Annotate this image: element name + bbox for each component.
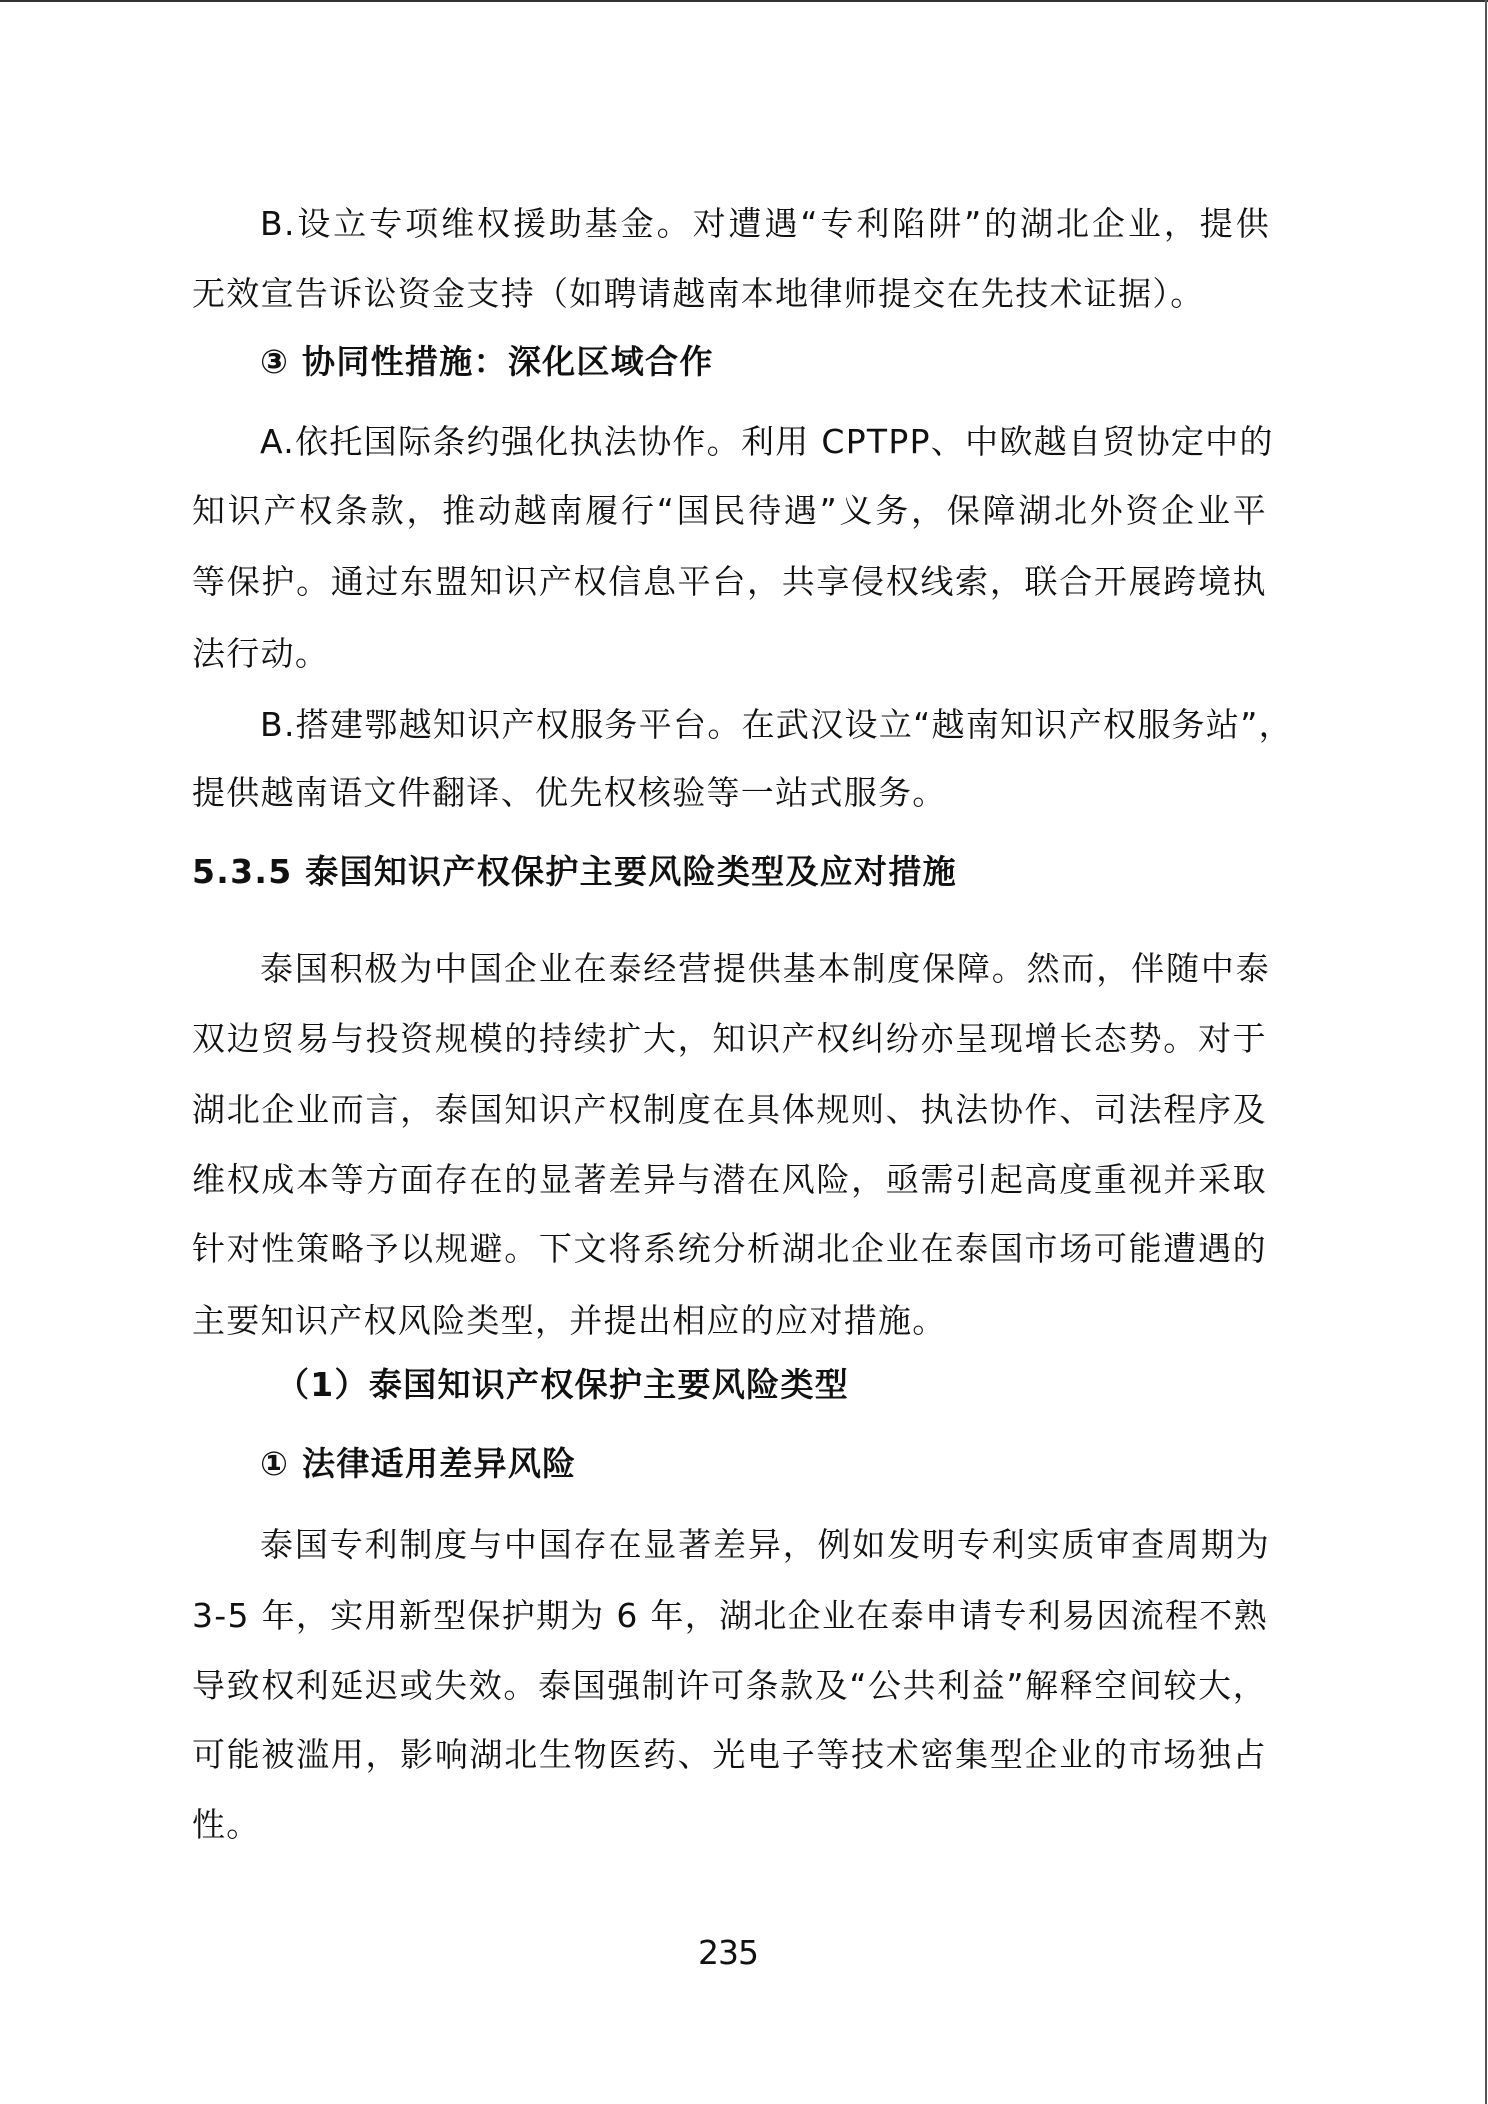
- section-heading: ③ 协同性措施：深化区域合作: [260, 337, 1270, 387]
- paragraph-line: 可能被滥用，影响湖北生物医药、光电子等技术密集型企业的市场独占: [192, 1730, 1267, 1780]
- page-top-border: [0, 0, 1488, 2]
- paragraph-line: 主要知识产权风险类型，并提出相应的应对措施。: [192, 1296, 1267, 1346]
- paragraph-line: 性。: [192, 1800, 1267, 1850]
- paragraph-line: B.设立专项维权援助基金。对遭遇“专利陷阱”的湖北企业，提供: [260, 199, 1270, 249]
- paragraph-line: 法行动。: [192, 629, 1267, 679]
- paragraph-line: 维权成本等方面存在的显著差异与潜在风险，亟需引起高度重视并采取: [192, 1155, 1267, 1205]
- paragraph-line: 针对性策略予以规避。下文将系统分析湖北企业在泰国市场可能遭遇的: [192, 1224, 1267, 1274]
- paragraph-line: 泰国积极为中国企业在泰经营提供基本制度保障。然而，伴随中泰: [260, 944, 1270, 994]
- paragraph-line: 提供越南语文件翻译、优先权核验等一站式服务。: [192, 768, 1267, 818]
- paragraph-line: 等保护。通过东盟知识产权信息平台，共享侵权线索，联合开展跨境执: [192, 557, 1267, 607]
- paragraph-line: 无效宣告诉讼资金支持（如聘请越南本地律师提交在先技术证据）。: [192, 269, 1267, 319]
- section-heading: ① 法律适用差异风险: [260, 1439, 1270, 1489]
- page-number: 235: [688, 1931, 768, 1975]
- section-heading: （1）泰国知识产权保护主要风险类型: [276, 1360, 1351, 1410]
- paragraph-line: A.依托国际条约强化执法协作。利用 CPTPP、中欧越自贸协定中的: [260, 417, 1270, 467]
- paragraph-line: 3-5 年，实用新型保护期为 6 年，湖北企业在泰申请专利易因流程不熟: [192, 1591, 1267, 1641]
- section-heading: 5.3.5 泰国知识产权保护主要风险类型及应对措施: [192, 847, 1267, 897]
- page-right-border: [1485, 0, 1487, 2104]
- paragraph-line: 双边贸易与投资规模的持续扩大，知识产权纠纷亦呈现增长态势。对于: [192, 1014, 1267, 1064]
- paragraph-line: B.搭建鄂越知识产权服务平台。在武汉设立“越南知识产权服务站”，: [260, 700, 1270, 750]
- paragraph-line: 湖北企业而言，泰国知识产权制度在具体规则、执法协作、司法程序及: [192, 1085, 1267, 1135]
- paragraph-line: 泰国专利制度与中国存在显著差异，例如发明专利实质审查周期为: [260, 1520, 1270, 1570]
- paragraph-line: 导致权利延迟或失效。泰国强制许可条款及“公共利益”解释空间较大，: [192, 1661, 1267, 1711]
- paragraph-line: 知识产权条款，推动越南履行“国民待遇”义务，保障湖北外资企业平: [192, 486, 1267, 536]
